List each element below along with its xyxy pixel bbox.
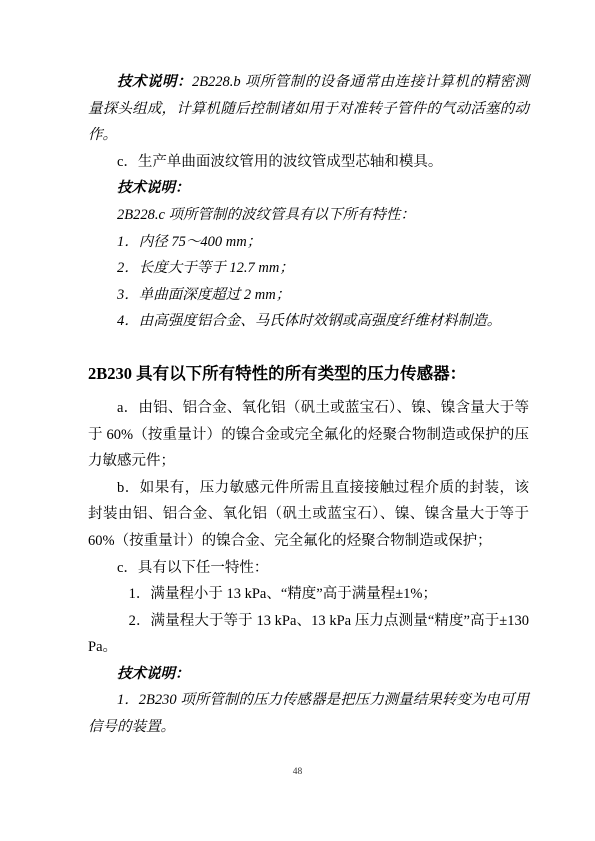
paragraph-2b230-a: a．由铝、铝合金、氧化铝（矾土或蓝宝石）、镍、镍含量大于等于 60%（按重量计）… <box>88 395 529 475</box>
list-item-2b230-c2: 2．满量程大于等于 13 kPa、13 kPa 压力点测量“精度”高于±130 … <box>88 608 529 661</box>
tech-note-2b228b: 技术说明：2B228.b 项所管制的设备通常由连接计算机的精密测量探头组成，计算… <box>88 69 529 149</box>
tech-note-2b228c-intro: 2B228.c 项所管制的波纹管具有以下所有特性： <box>88 202 529 229</box>
note-list-item-3: 3．单曲面深度超过 2 mm； <box>88 282 529 309</box>
tech-note-2b230-label-line: 技术说明： <box>88 661 529 688</box>
note-list-item-1: 1．内径 75～400 mm； <box>88 229 529 256</box>
section-heading-2b230: 2B230 具有以下所有特性的所有类型的压力传感器： <box>88 360 529 388</box>
tech-note-2b230-item-1: 1．2B230 项所管制的压力传感器是把压力测量结果转变为电可用信号的装置。 <box>88 687 529 740</box>
tech-note-label: 技术说明： <box>117 180 190 196</box>
list-item-2b230-c1: 1．满量程小于 13 kPa、“精度”高于满量程±1%； <box>88 581 529 608</box>
paragraph-2b230-c: c．具有以下任一特性： <box>88 555 529 582</box>
tech-note-2b228c-label-line: 技术说明： <box>88 175 529 202</box>
item-2b228-c: c．生产单曲面波纹管用的波纹管成型芯轴和模具。 <box>88 149 529 176</box>
paragraph-2b230-b: b．如果有，压力敏感元件所需且直接接触过程介质的封装，该封装由铝、铝合金、氧化铝… <box>88 475 529 555</box>
note-list-item-2: 2．长度大于等于 12.7 mm； <box>88 255 529 282</box>
note-list-item-4: 4．由高强度铝合金、马氏体时效钢或高强度纤维材料制造。 <box>88 308 529 335</box>
tech-note-label: 技术说明： <box>117 74 192 90</box>
page-content: 技术说明：2B228.b 项所管制的设备通常由连接计算机的精密测量探头组成，计算… <box>88 69 529 741</box>
page-number: 48 <box>0 767 595 777</box>
tech-note-label: 技术说明： <box>117 666 190 682</box>
document-page: 技术说明：2B228.b 项所管制的设备通常由连接计算机的精密测量探头组成，计算… <box>0 0 595 841</box>
